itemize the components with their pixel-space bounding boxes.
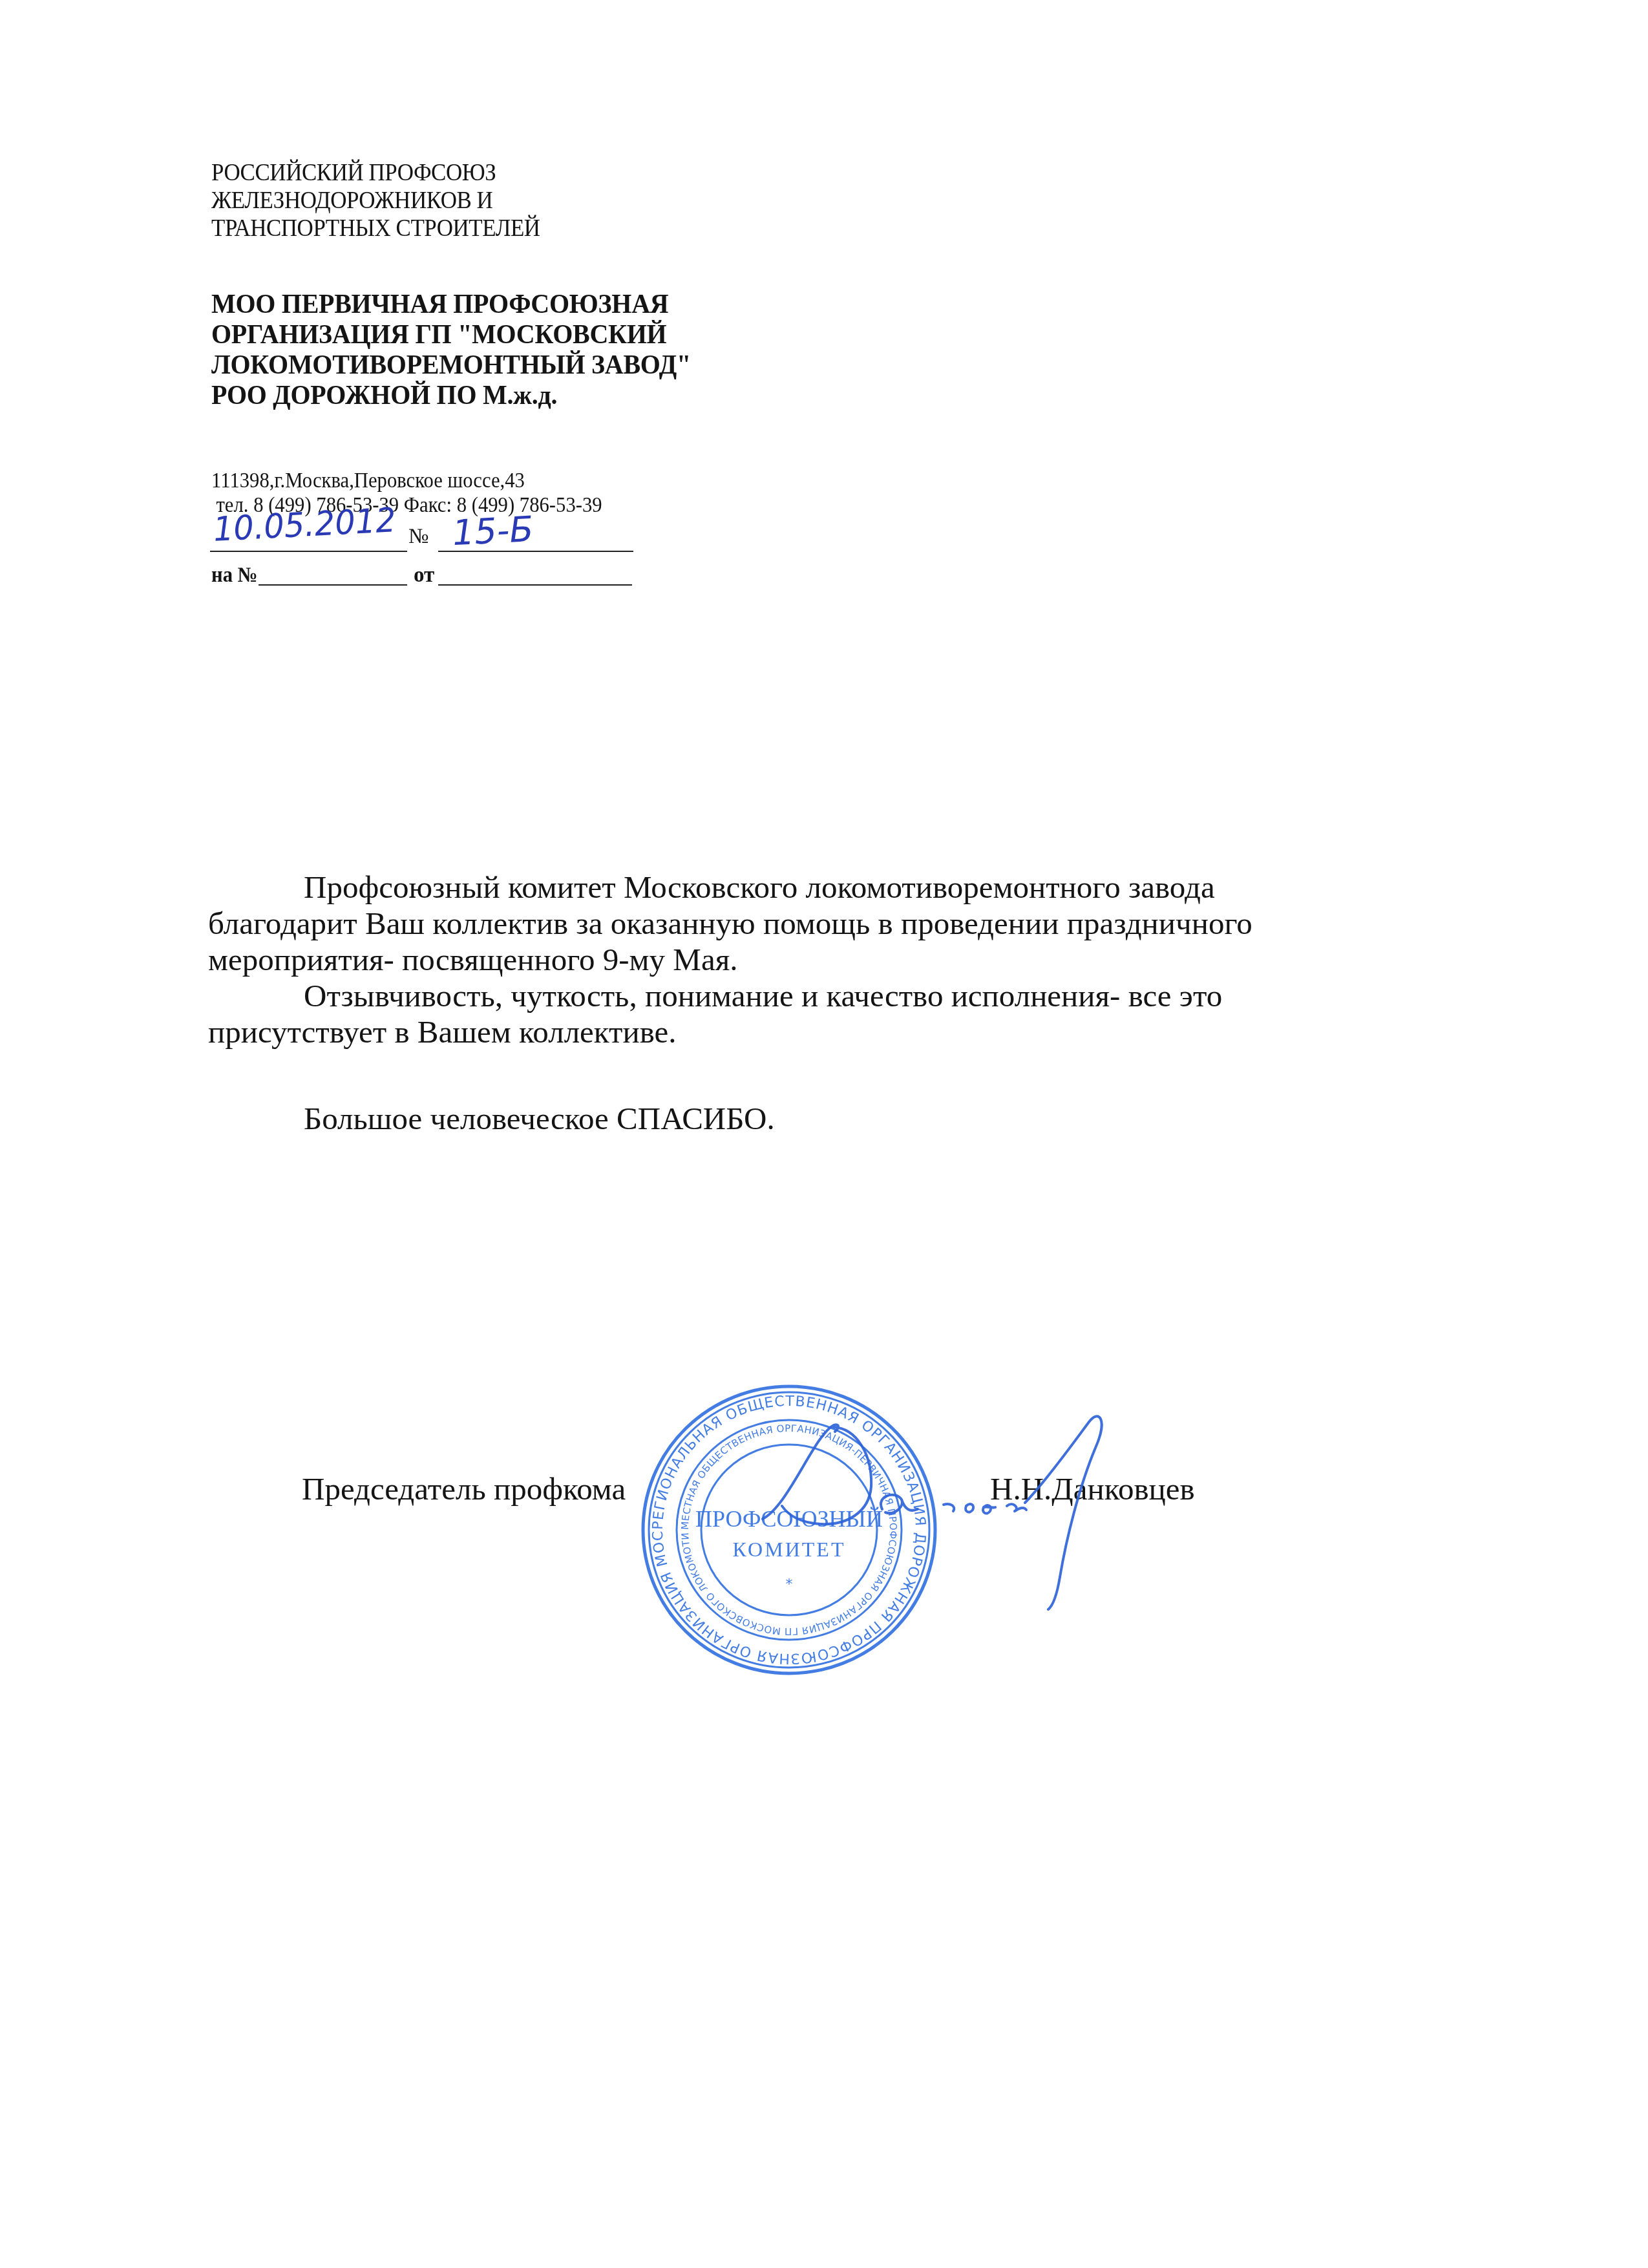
organization-name-line: ОРГАНИЗАЦИЯ ГП "МОСКОВСКИЙ xyxy=(211,319,691,350)
organization-name-line: МОО ПЕРВИЧНАЯ ПРОФСОЮЗНАЯ xyxy=(211,289,691,319)
reference-number-underline xyxy=(259,584,407,586)
body-line: благодарит Ваш коллектив за оказанную по… xyxy=(112,906,1475,942)
handwritten-signature-icon xyxy=(743,1409,1144,1622)
closing-line: Большое человеческое СПАСИБО. xyxy=(208,1101,1475,1137)
reference-number-label: на № xyxy=(211,564,258,588)
paragraph-thanks: Профсоюзный комитет Московского локомоти… xyxy=(208,869,1475,978)
date-underline xyxy=(210,551,407,552)
reference-date-label: от xyxy=(414,564,434,588)
body-line: Отзывчивость, чуткость, понимание и каче… xyxy=(208,978,1475,1014)
organization-name: МОО ПЕРВИЧНАЯ ПРОФСОЮЗНАЯ ОРГАНИЗАЦИЯ ГП… xyxy=(211,289,727,410)
number-sign: № xyxy=(408,525,429,549)
paragraph-praise: Отзывчивость, чуткость, понимание и каче… xyxy=(208,978,1475,1050)
signatory-title: Председатель профкома xyxy=(302,1470,626,1507)
letter-body: Профсоюзный комитет Московского локомоти… xyxy=(208,869,1475,1137)
reference-date-underline xyxy=(438,584,632,586)
handwritten-number: 15-Б xyxy=(451,509,534,553)
organization-name-line: ЛОКОМОТИВОРЕМОНТНЫЙ ЗАВОД" xyxy=(211,350,691,380)
organization-name-line: РОО ДОРОЖНОЙ ПО М.ж.д. xyxy=(211,380,691,410)
address: 111398,г.Москва,Перовское шоссе,43 xyxy=(211,469,602,493)
body-line: мероприятия- посвященного 9-му Мая. xyxy=(112,942,1475,978)
union-name: РОССИЙСКИЙ ПРОФСОЮЗ ЖЕЛЕЗНОДОРОЖНИКОВ И … xyxy=(211,159,569,242)
union-name-line: ЖЕЛЕЗНОДОРОЖНИКОВ И xyxy=(211,187,540,215)
body-line: Профсоюзный комитет Московского локомоти… xyxy=(208,869,1475,906)
union-name-line: ТРАНСПОРТНЫХ СТРОИТЕЛЕЙ xyxy=(211,215,540,242)
body-line: присутствует в Вашем коллективе. xyxy=(112,1014,1475,1050)
union-name-line: РОССИЙСКИЙ ПРОФСОЮЗ xyxy=(211,159,540,187)
